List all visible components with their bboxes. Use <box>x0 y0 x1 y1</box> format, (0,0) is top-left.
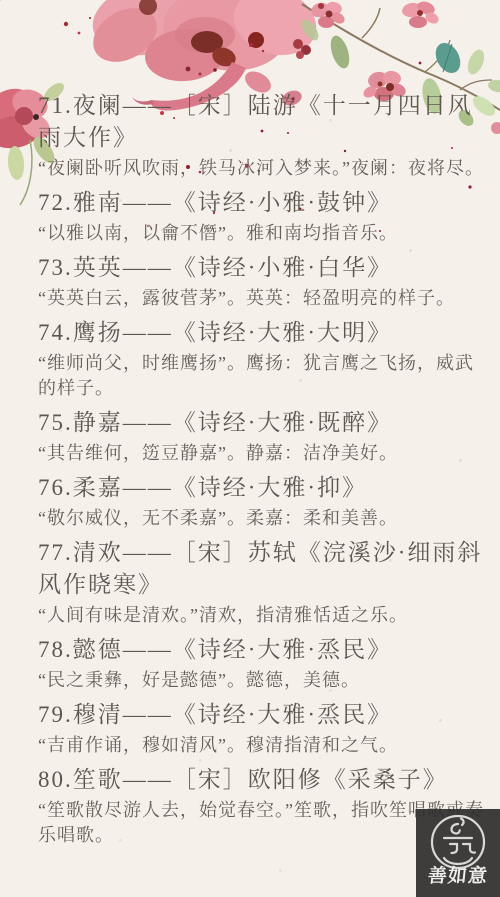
entry-note: “敬尔威仪，无不柔嘉”。柔嘉：柔和美善。 <box>38 506 490 531</box>
list-item: 79.穆清——《诗经·大雅·烝民》 “吉甫作诵，穆如清风”。穆清指清和之气。 <box>38 699 490 758</box>
list-item: 78.懿德——《诗经·大雅·烝民》 “民之秉彝，好是懿德”。懿德，美德。 <box>38 634 490 693</box>
list-item: 74.鹰扬——《诗经·大雅·大明》 “维师尚父，时维鹰扬”。鹰扬：犹言鹰之飞扬，… <box>38 317 490 401</box>
entry-note: “夜阑卧听风吹雨，铁马冰河入梦来。”夜阑：夜将尽。 <box>38 156 490 181</box>
paper-texture <box>0 0 1 1</box>
entry-note: “人间有味是清欢。”清欢，指清雅恬适之乐。 <box>38 603 490 628</box>
entry-note: “以雅以南，以龠不僭”。雅和南均指音乐。 <box>38 221 490 246</box>
entry-title: 79.穆清——《诗经·大雅·烝民》 <box>38 699 490 731</box>
seal-text: 善如意 <box>427 861 490 888</box>
list-item: 71.夜阑——［宋］陆游《十一月四日风雨大作》 “夜阑卧听风吹雨，铁马冰河入梦来… <box>38 90 490 181</box>
entry-title: 71.夜阑——［宋］陆游《十一月四日风雨大作》 <box>38 90 490 154</box>
list-item: 76.柔嘉——《诗经·大雅·抑》 “敬尔威仪，无不柔嘉”。柔嘉：柔和美善。 <box>38 472 490 531</box>
entry-title: 75.静嘉——《诗经·大雅·既醉》 <box>38 407 490 439</box>
image-card: 71.夜阑——［宋］陆游《十一月四日风雨大作》 “夜阑卧听风吹雨，铁马冰河入梦来… <box>0 0 500 897</box>
watermark-seal: 善如意 <box>416 809 500 897</box>
list-item: 77.清欢——［宋］苏轼《浣溪沙·细雨斜风作晓寒》 “人间有味是清欢。”清欢，指… <box>38 537 490 628</box>
entry-title: 78.懿德——《诗经·大雅·烝民》 <box>38 634 490 666</box>
entry-title: 80.笙歌——［宋］欧阳修《采桑子》 <box>38 764 490 796</box>
entry-title: 72.雅南——《诗经·小雅·鼓钟》 <box>38 187 490 219</box>
entry-title: 77.清欢——［宋］苏轼《浣溪沙·细雨斜风作晓寒》 <box>38 537 490 601</box>
name-list: 71.夜阑——［宋］陆游《十一月四日风雨大作》 “夜阑卧听风吹雨，铁马冰河入梦来… <box>38 90 490 854</box>
list-item: 72.雅南——《诗经·小雅·鼓钟》 “以雅以南，以龠不僭”。雅和南均指音乐。 <box>38 187 490 246</box>
entry-note: “吉甫作诵，穆如清风”。穆清指清和之气。 <box>38 733 490 758</box>
list-item: 73.英英——《诗经·小雅·白华》 “英英白云，露彼菅茅”。英英：轻盈明亮的样子… <box>38 252 490 311</box>
entry-note: “民之秉彝，好是懿德”。懿德，美德。 <box>38 668 490 693</box>
entry-note: “其告维何，笾豆静嘉”。静嘉：洁净美好。 <box>38 441 490 466</box>
entry-title: 73.英英——《诗经·小雅·白华》 <box>38 252 490 284</box>
entry-title: 74.鹰扬——《诗经·大雅·大明》 <box>38 317 490 349</box>
entry-title: 76.柔嘉——《诗经·大雅·抑》 <box>38 472 490 504</box>
entry-note: “英英白云，露彼菅茅”。英英：轻盈明亮的样子。 <box>38 286 490 311</box>
list-item: 75.静嘉——《诗经·大雅·既醉》 “其告维何，笾豆静嘉”。静嘉：洁净美好。 <box>38 407 490 466</box>
entry-note: “维师尚父，时维鹰扬”。鹰扬：犹言鹰之飞扬，威武的样子。 <box>38 351 490 401</box>
